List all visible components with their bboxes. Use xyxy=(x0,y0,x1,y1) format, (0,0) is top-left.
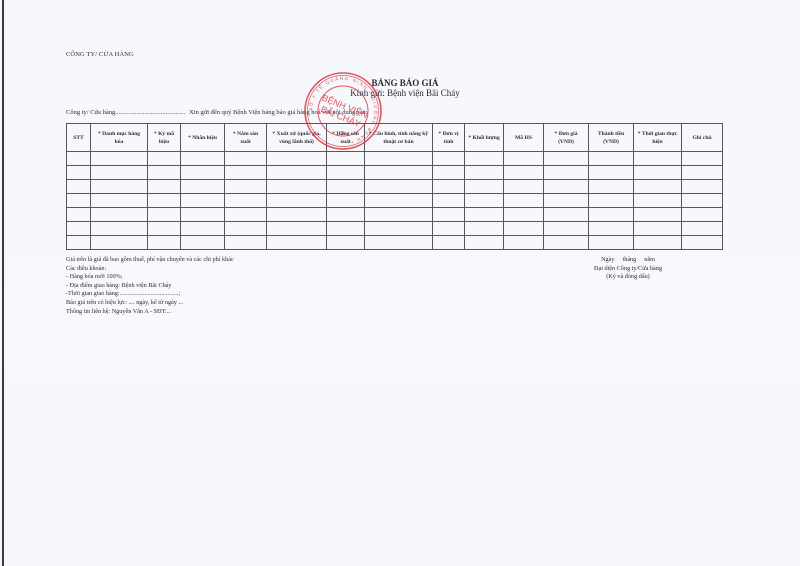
table-cell[interactable] xyxy=(634,222,682,236)
table-cell[interactable] xyxy=(465,194,504,208)
table-cell[interactable] xyxy=(327,180,365,194)
table-cell[interactable] xyxy=(589,180,634,194)
validity-note: Báo giá trên có hiệu lực: .... ngày, kể … xyxy=(66,299,234,308)
column-header: * Xuất xứ (quốc gia, vùng lãnh thổ) xyxy=(267,124,327,152)
table-cell[interactable] xyxy=(267,236,327,250)
table-cell[interactable] xyxy=(544,152,589,166)
table-cell[interactable] xyxy=(465,180,504,194)
table-cell[interactable] xyxy=(682,166,723,180)
table-cell[interactable] xyxy=(267,222,327,236)
table-cell[interactable] xyxy=(465,222,504,236)
intro-line: Công ty/ Cửa hàng.......................… xyxy=(66,109,367,116)
table-cell[interactable] xyxy=(589,208,634,222)
table-cell[interactable] xyxy=(634,180,682,194)
table-cell[interactable] xyxy=(365,152,433,166)
table-cell[interactable] xyxy=(225,194,267,208)
column-header: * Nhãn hiệu xyxy=(181,124,225,152)
table-cell[interactable] xyxy=(504,152,544,166)
table-cell[interactable] xyxy=(682,208,723,222)
representative-label: Đại diện Công ty/Cửa hàng xyxy=(558,265,698,274)
contact-info: Thông tin liên hệ: Nguyễn Văn A - SĐT:..… xyxy=(66,308,234,317)
table-cell[interactable] xyxy=(365,222,433,236)
column-header: * Cấu hình, tính năng kỹ thuật cơ bản xyxy=(365,124,433,152)
table-cell[interactable] xyxy=(67,194,91,208)
table-header-row: STT* Danh mục hàng hóa* Ký mã hiệu* Nhãn… xyxy=(67,124,723,152)
table-cell[interactable] xyxy=(589,236,634,250)
table-cell[interactable] xyxy=(365,208,433,222)
table-cell[interactable] xyxy=(544,208,589,222)
table-cell[interactable] xyxy=(365,166,433,180)
table-row xyxy=(67,152,723,166)
table-cell[interactable] xyxy=(148,180,181,194)
table-cell[interactable] xyxy=(433,208,465,222)
signature-block: Ngàythángnăm Đại diện Công ty/Cửa hàng (… xyxy=(558,256,698,282)
table-cell[interactable] xyxy=(433,194,465,208)
table-cell[interactable] xyxy=(504,222,544,236)
table-cell[interactable] xyxy=(327,236,365,250)
table-cell[interactable] xyxy=(433,166,465,180)
column-header: * Thời gian thực hiện xyxy=(634,124,682,152)
table-cell[interactable] xyxy=(465,236,504,250)
table-cell[interactable] xyxy=(365,236,433,250)
column-header: * Đơn vị tính xyxy=(433,124,465,152)
date-day-label: Ngày xyxy=(601,256,614,263)
table-cell[interactable] xyxy=(225,208,267,222)
table-cell[interactable] xyxy=(327,208,365,222)
table-cell[interactable] xyxy=(327,194,365,208)
company-label: Công ty/ Cửa hàng xyxy=(66,109,115,116)
table-cell[interactable] xyxy=(67,166,91,180)
table-cell[interactable] xyxy=(67,180,91,194)
sign-note: (Ký và đóng dấu) xyxy=(558,273,698,282)
table-cell[interactable] xyxy=(634,194,682,208)
column-header: * Năm sản xuất xyxy=(225,124,267,152)
table-cell[interactable] xyxy=(91,208,148,222)
table-cell[interactable] xyxy=(267,180,327,194)
table-cell[interactable] xyxy=(544,236,589,250)
column-header: Thành tiền (VND) xyxy=(589,124,634,152)
quotation-table: STT* Danh mục hàng hóa* Ký mã hiệu* Nhãn… xyxy=(66,123,723,250)
table-cell[interactable] xyxy=(682,194,723,208)
table-cell[interactable] xyxy=(67,208,91,222)
table-cell[interactable] xyxy=(682,180,723,194)
table-cell[interactable] xyxy=(544,194,589,208)
table-cell[interactable] xyxy=(148,208,181,222)
table-cell[interactable] xyxy=(181,194,225,208)
table-cell[interactable] xyxy=(589,194,634,208)
date-year-label: năm xyxy=(644,256,655,263)
column-header: * Đơn giá (VND) xyxy=(544,124,589,152)
column-header: * Khối lượng xyxy=(465,124,504,152)
date-month-label: tháng xyxy=(623,256,637,263)
table-cell[interactable] xyxy=(589,222,634,236)
table-cell[interactable] xyxy=(682,236,723,250)
column-header: Mã HS xyxy=(504,124,544,152)
term-delivery-time: -Thời gian giao hàng:...................… xyxy=(66,290,234,299)
table-cell[interactable] xyxy=(181,152,225,166)
table-row xyxy=(67,208,723,222)
table-cell[interactable] xyxy=(91,194,148,208)
table-cell[interactable] xyxy=(181,208,225,222)
table-cell[interactable] xyxy=(181,166,225,180)
recipient-line: Kính gửi: Bệnh viện Bãi Cháy xyxy=(0,88,800,98)
table-cell[interactable] xyxy=(634,152,682,166)
table-row xyxy=(67,180,723,194)
table-cell[interactable] xyxy=(589,166,634,180)
table-cell[interactable] xyxy=(91,222,148,236)
table-cell[interactable] xyxy=(148,236,181,250)
table-cell[interactable] xyxy=(225,222,267,236)
table-cell[interactable] xyxy=(433,236,465,250)
table-cell[interactable] xyxy=(327,222,365,236)
table-cell[interactable] xyxy=(465,152,504,166)
table-cell[interactable] xyxy=(504,208,544,222)
table-cell[interactable] xyxy=(91,152,148,166)
table-cell[interactable] xyxy=(148,166,181,180)
table-cell[interactable] xyxy=(365,180,433,194)
table-cell[interactable] xyxy=(225,180,267,194)
table-cell[interactable] xyxy=(267,194,327,208)
table-cell[interactable] xyxy=(433,152,465,166)
table-cell[interactable] xyxy=(544,222,589,236)
table-cell[interactable] xyxy=(634,236,682,250)
column-header: * Hãng sản xuất xyxy=(327,124,365,152)
table-cell[interactable] xyxy=(327,166,365,180)
table-cell[interactable] xyxy=(267,208,327,222)
table-cell[interactable] xyxy=(225,152,267,166)
table-cell[interactable] xyxy=(225,236,267,250)
table-cell[interactable] xyxy=(433,222,465,236)
table-cell[interactable] xyxy=(634,166,682,180)
table-cell[interactable] xyxy=(91,180,148,194)
table-cell[interactable] xyxy=(181,236,225,250)
table-cell[interactable] xyxy=(504,166,544,180)
table-cell[interactable] xyxy=(327,152,365,166)
table-row xyxy=(67,194,723,208)
column-header: * Danh mục hàng hóa xyxy=(91,124,148,152)
document-page: CÔNG TY/ CỬA HÀNG BẢNG BÁO GIÁ Kính gửi:… xyxy=(0,0,800,566)
intro-message: Xin gửi đến quý Bệnh Viện bảng báo giá h… xyxy=(189,109,367,116)
page-title: BẢNG BÁO GIÁ xyxy=(0,78,800,88)
table-cell[interactable] xyxy=(465,208,504,222)
table-cell[interactable] xyxy=(267,152,327,166)
table-row xyxy=(67,166,723,180)
table-cell[interactable] xyxy=(544,166,589,180)
table-cell[interactable] xyxy=(148,222,181,236)
table-row xyxy=(67,222,723,236)
table-cell[interactable] xyxy=(67,222,91,236)
table-cell[interactable] xyxy=(365,194,433,208)
table-cell[interactable] xyxy=(267,166,327,180)
table-cell[interactable] xyxy=(544,180,589,194)
table-cell[interactable] xyxy=(148,152,181,166)
price-note: Giá trên là giá đã bao gồm thuế, phí vận… xyxy=(66,256,234,265)
table-cell[interactable] xyxy=(504,180,544,194)
table-cell[interactable] xyxy=(148,194,181,208)
terms-notes: Giá trên là giá đã bao gồm thuế, phí vận… xyxy=(66,256,234,316)
table-cell[interactable] xyxy=(504,236,544,250)
term-delivery-location: - Địa điểm giao hàng: Bệnh viện Bãi Cháy xyxy=(66,282,234,291)
column-header: Ghi chú xyxy=(682,124,723,152)
table-cell[interactable] xyxy=(682,152,723,166)
company-value-field: ........................................… xyxy=(115,109,185,116)
table-cell[interactable] xyxy=(181,180,225,194)
column-header: * Ký mã hiệu xyxy=(148,124,181,152)
table-cell[interactable] xyxy=(181,222,225,236)
table-cell[interactable] xyxy=(67,152,91,166)
table-cell[interactable] xyxy=(225,166,267,180)
table-cell[interactable] xyxy=(682,222,723,236)
table-cell[interactable] xyxy=(433,180,465,194)
table-cell[interactable] xyxy=(634,208,682,222)
term-new-goods: - Hàng hóa mới 100%; xyxy=(66,273,234,282)
table-cell[interactable] xyxy=(504,194,544,208)
company-header: CÔNG TY/ CỬA HÀNG xyxy=(66,51,134,58)
table-cell[interactable] xyxy=(465,166,504,180)
table-cell[interactable] xyxy=(91,236,148,250)
table-cell[interactable] xyxy=(589,152,634,166)
signature-date: Ngàythángnăm xyxy=(558,256,698,265)
table-cell[interactable] xyxy=(67,236,91,250)
table-row xyxy=(67,236,723,250)
column-header: STT xyxy=(67,124,91,152)
terms-heading: Các điều khoản: xyxy=(66,265,234,274)
table-cell[interactable] xyxy=(91,166,148,180)
